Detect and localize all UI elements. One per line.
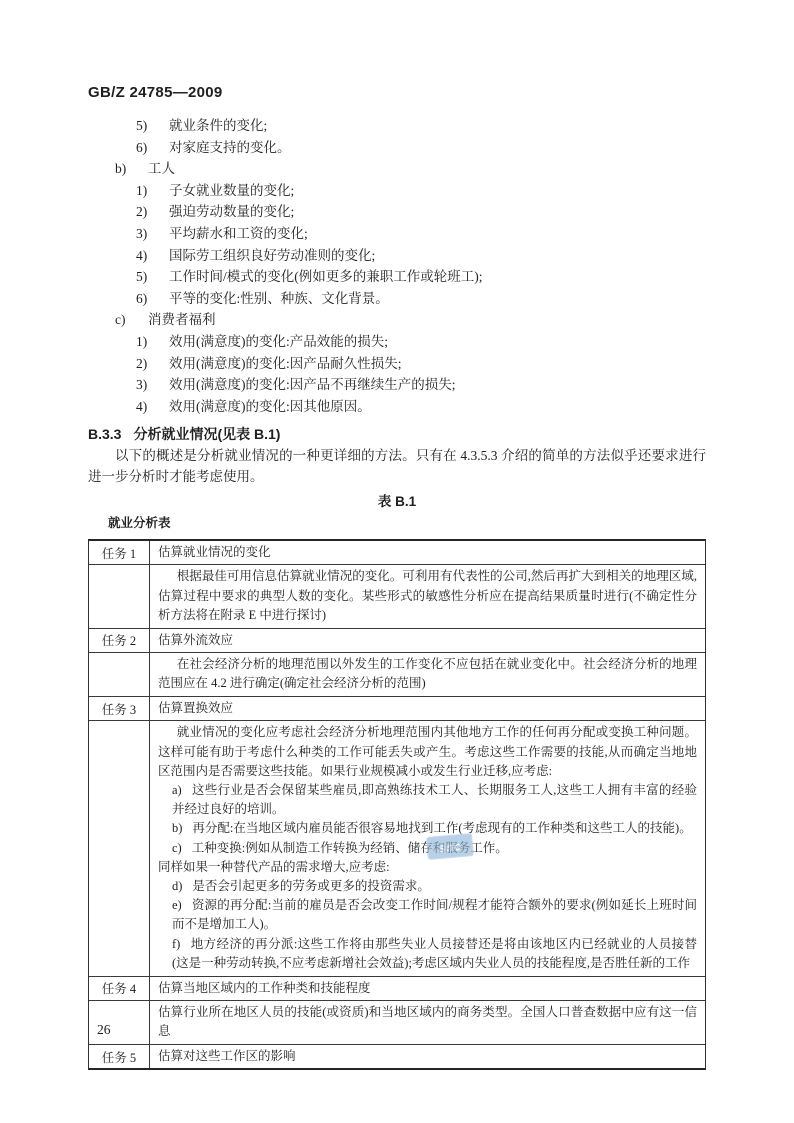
- list-item-text: 子女就业数量的变化;: [169, 180, 294, 202]
- task-title-cell: 估算当地区域内的工作种类和技能程度: [150, 977, 705, 1000]
- list-item: 3)效用(满意度)的变化:因产品不再继续生产的损失;: [136, 374, 706, 396]
- page-number: 26: [97, 1022, 111, 1038]
- list-item-marker: 3): [136, 374, 169, 396]
- list-item: 5)工作时间/模式的变化(例如更多的兼职工作或轮班工);: [136, 266, 706, 288]
- desc-paragraph: 就业情况的变化应考虑社会经济分析地理范围内其他地方工作的任何再分配或变换工种问题…: [158, 723, 697, 781]
- list-item: c)消费者福利: [115, 309, 706, 331]
- task-title-cell: 估算外流效应: [150, 629, 705, 652]
- list-item-text: 平等的变化:性别、种族、文化背景。: [169, 288, 389, 310]
- table-caption-number: 表 B.1: [378, 494, 416, 509]
- desc-list-item-text: 资源的再分配:当前的雇员是否会改变工作时间/规程才能符合额外的要求(例如延长上班…: [172, 898, 697, 931]
- desc-list-item: e)资源的再分配:当前的雇员是否会改变工作时间/规程才能符合额外的要求(例如延长…: [158, 896, 697, 934]
- task-label-cell: 任务 3: [89, 697, 150, 720]
- desc-empty-cell: [89, 565, 150, 628]
- list-item-text: 工作时间/模式的变化(例如更多的兼职工作或轮班工);: [169, 266, 483, 288]
- desc-list-item-marker: c): [172, 841, 182, 855]
- list-item-marker: 1): [136, 331, 169, 353]
- task-label-cell: 任务 5: [89, 1045, 150, 1068]
- desc-list-item-text: 工种变换:例如从制造工作转换为经销、储存和服务工作。: [192, 841, 508, 855]
- list-item-text: 工人: [148, 158, 175, 180]
- list-item-text: 强迫劳动数量的变化;: [169, 201, 294, 223]
- desc-list-item: a)这些行业是否会保留某些雇员,即高熟练技术工人、长期服务工人,这些工人拥有丰富…: [158, 781, 697, 819]
- list-item: 6)平等的变化:性别、种族、文化背景。: [136, 288, 706, 310]
- table-row-task: 任务 1估算就业情况的变化: [89, 541, 705, 564]
- list-item-text: 效用(满意度)的变化:产品效能的损失;: [169, 331, 388, 353]
- list-item-text: 消费者福利: [148, 309, 216, 331]
- list-item: 6)对家庭支持的变化。: [136, 137, 706, 159]
- list-item-marker: c): [115, 309, 148, 331]
- desc-list-item-marker: e): [172, 898, 182, 912]
- list-item: 4)国际劳工组织良好劳动准则的变化;: [136, 245, 706, 267]
- list-item-text: 效用(满意度)的变化:因产品耐久性损失;: [169, 353, 402, 375]
- desc-list-item-marker: f): [172, 937, 180, 951]
- list-item-text: 效用(满意度)的变化:因其他原因。: [169, 396, 371, 418]
- desc-list-item-marker: b): [172, 821, 182, 835]
- desc-list-item-text: 再分配:在当地区域内雇员能否很容易地找到工作(考虑现有的工作种类和这些工人的技能…: [192, 821, 691, 835]
- list-item: 3)平均薪水和工资的变化;: [136, 223, 706, 245]
- task-label-cell: 任务 1: [89, 541, 150, 564]
- desc-paragraph: 同样如果一种替代产品的需求增大,应考虑:: [158, 858, 697, 877]
- desc-list-item: c)工种变换:例如从制造工作转换为经销、储存和服务工作。: [158, 839, 697, 858]
- desc-cell: 根据最佳可用信息估算就业情况的变化。可利用有代表性的公司,然后再扩大到相关的地理…: [150, 565, 705, 628]
- task-label-cell: 任务 2: [89, 629, 150, 652]
- desc-list-item-text: 这些行业是否会保留某些雇员,即高熟练技术工人、长期服务工人,这些工人拥有丰富的经…: [172, 783, 697, 816]
- list-item-marker: 5): [136, 266, 169, 288]
- desc-list-item: b)再分配:在当地区域内雇员能否很容易地找到工作(考虑现有的工作种类和这些工人的…: [158, 819, 697, 838]
- list-item: 1)效用(满意度)的变化:产品效能的损失;: [136, 331, 706, 353]
- outline-list: 5)就业条件的变化;6)对家庭支持的变化。b)工人1)子女就业数量的变化;2)强…: [88, 115, 706, 417]
- task-title-cell: 估算对这些工作区的影响: [150, 1045, 705, 1068]
- desc-empty-cell: [89, 653, 150, 696]
- desc-empty-cell: [89, 721, 150, 976]
- section-heading-title: 分析就业情况(见表 B.1): [133, 426, 280, 442]
- list-item-marker: 6): [136, 288, 169, 310]
- desc-list-item: f)地方经济的再分派:这些工作将由那些失业人员接替还是将由该地区内已经就业的人员…: [158, 935, 697, 973]
- list-item-marker: 4): [136, 396, 169, 418]
- task-label-cell: 任务 4: [89, 977, 150, 1000]
- table-row-desc: 根据最佳可用信息估算就业情况的变化。可利用有代表性的公司,然后再扩大到相关的地理…: [89, 564, 705, 628]
- table-row-desc: 估算行业所在地区人员的技能(或资质)和当地区域内的商务类型。全国人口普查数据中应…: [89, 1000, 705, 1044]
- list-item: b)工人: [115, 158, 706, 180]
- employment-analysis-table: 任务 1估算就业情况的变化根据最佳可用信息估算就业情况的变化。可利用有代表性的公…: [88, 539, 706, 1070]
- list-item-marker: 2): [136, 201, 169, 223]
- table-row-task: 任务 3估算置换效应: [89, 696, 705, 720]
- table-caption: 表 B.1就业分析表: [88, 492, 706, 535]
- desc-paragraph: 在社会经济分析的地理范围以外发生的工作变化不应包括在就业变化中。社会经济分析的地…: [158, 655, 697, 693]
- desc-cell: 就业情况的变化应考虑社会经济分析地理范围内其他地方工作的任何再分配或变换工种问题…: [150, 721, 705, 976]
- section-heading: B.3.3分析就业情况(见表 B.1): [88, 423, 706, 445]
- list-item-marker: 5): [136, 115, 169, 137]
- desc-paragraph: 估算行业所在地区人员的技能(或资质)和当地区域内的商务类型。全国人口普查数据中应…: [158, 1003, 697, 1041]
- desc-list-item-text: 是否会引起更多的劳务或更多的投资需求。: [192, 879, 430, 893]
- desc-cell: 在社会经济分析的地理范围以外发生的工作变化不应包括在就业变化中。社会经济分析的地…: [150, 653, 705, 696]
- list-item: 4)效用(满意度)的变化:因其他原因。: [136, 396, 706, 418]
- desc-list-item-text: 地方经济的再分派:这些工作将由那些失业人员接替还是将由该地区内已经就业的人员接替…: [172, 937, 697, 970]
- list-item: 5)就业条件的变化;: [136, 115, 706, 137]
- table-row-task: 任务 4估算当地区域内的工作种类和技能程度: [89, 976, 705, 1000]
- list-item-text: 对家庭支持的变化。: [169, 137, 291, 159]
- list-item: 2)效用(满意度)的变化:因产品耐久性损失;: [136, 353, 706, 375]
- task-title-cell: 估算置换效应: [150, 697, 705, 720]
- section-heading-number: B.3.3: [88, 426, 121, 442]
- table-row-desc: 就业情况的变化应考虑社会经济分析地理范围内其他地方工作的任何再分配或变换工种问题…: [89, 720, 705, 976]
- list-item-marker: 1): [136, 180, 169, 202]
- list-item-marker: 6): [136, 137, 169, 159]
- list-item-text: 国际劳工组织良好劳动准则的变化;: [169, 245, 375, 267]
- desc-list-item: d)是否会引起更多的劳务或更多的投资需求。: [158, 877, 697, 896]
- desc-cell: 估算行业所在地区人员的技能(或资质)和当地区域内的商务类型。全国人口普查数据中应…: [150, 1001, 705, 1044]
- desc-list-item-marker: d): [172, 879, 182, 893]
- table-row-desc: 在社会经济分析的地理范围以外发生的工作变化不应包括在就业变化中。社会经济分析的地…: [89, 652, 705, 696]
- list-item-text: 就业条件的变化;: [169, 115, 267, 137]
- table-row-task: 任务 2估算外流效应: [89, 628, 705, 652]
- list-item-marker: b): [115, 158, 148, 180]
- table-caption-title: 就业分析表: [100, 512, 706, 535]
- list-item-text: 效用(满意度)的变化:因产品不再继续生产的损失;: [169, 374, 456, 396]
- list-item-marker: 2): [136, 353, 169, 375]
- page-content: GB/Z 24785—2009 5)就业条件的变化;6)对家庭支持的变化。b)工…: [88, 84, 706, 1070]
- section-paragraph: 以下的概述是分析就业情况的一种更详细的方法。只有在 4.3.5.3 介绍的简单的…: [88, 445, 706, 487]
- list-item-marker: 3): [136, 223, 169, 245]
- desc-list-item-marker: a): [172, 783, 182, 797]
- standard-code-header: GB/Z 24785—2009: [88, 84, 706, 101]
- desc-paragraph: 根据最佳可用信息估算就业情况的变化。可利用有代表性的公司,然后再扩大到相关的地理…: [158, 567, 697, 625]
- list-item: 1)子女就业数量的变化;: [136, 180, 706, 202]
- list-item: 2)强迫劳动数量的变化;: [136, 201, 706, 223]
- list-item-marker: 4): [136, 245, 169, 267]
- task-title-cell: 估算就业情况的变化: [150, 541, 705, 564]
- table-row-task: 任务 5估算对这些工作区的影响: [89, 1044, 705, 1068]
- document-page: { "page": { "header_code": "GB/Z 24785—2…: [0, 0, 794, 1123]
- list-item-text: 平均薪水和工资的变化;: [169, 223, 308, 245]
